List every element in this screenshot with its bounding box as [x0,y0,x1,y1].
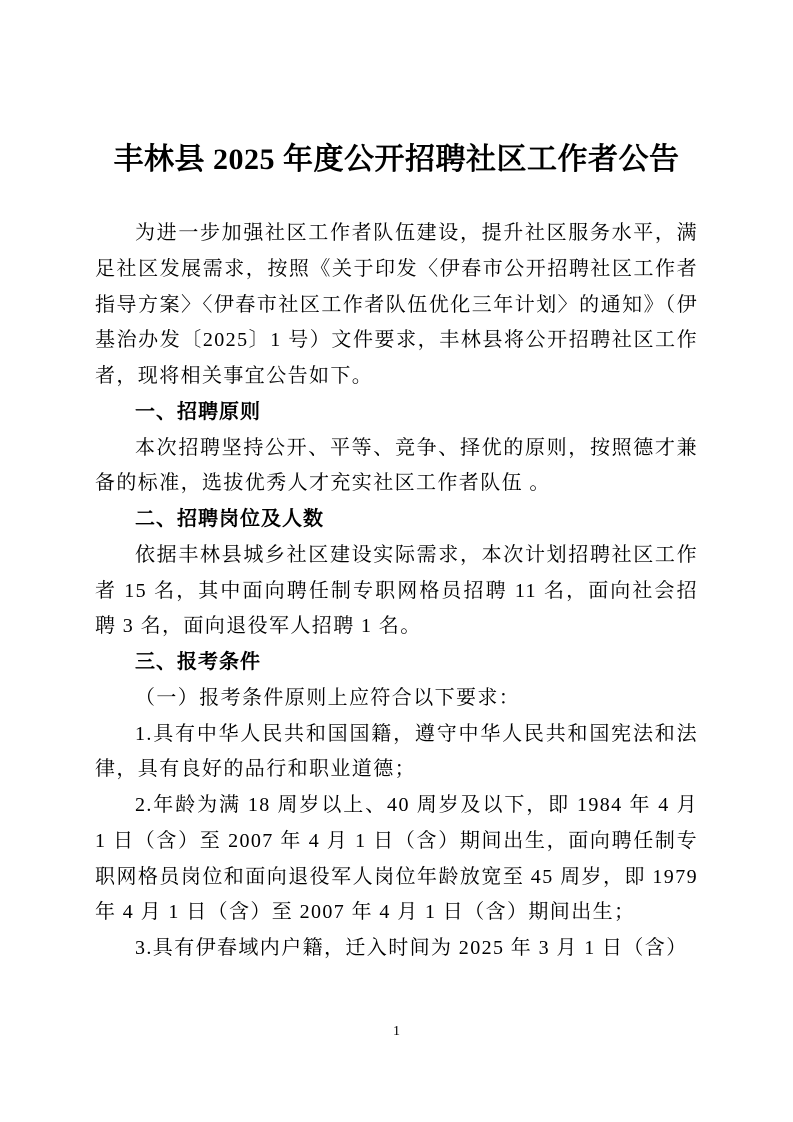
condition-item-2: 2.年龄为满 18 周岁以上、40 周岁及以下，即 1984 年 4 月 1 日… [95,788,698,931]
document-page: 丰林县 2025 年度公开招聘社区工作者公告 为进一步加强社区工作者队伍建设，提… [0,0,793,1122]
section-heading-positions-headcount: 二、招聘岗位及人数 [95,502,698,538]
section-heading-recruitment-principles: 一、招聘原则 [95,395,698,431]
section-heading-application-conditions: 三、报考条件 [95,645,698,681]
paragraph-conditions-lead: （一）报考条件原则上应符合以下要求： [95,681,698,717]
condition-item-3: 3.具有伊春域内户籍，迁入时间为 2025 年 3 月 1 日（含） [95,931,698,967]
paragraph-positions: 依据丰林县城乡社区建设实际需求，本次计划招聘社区工作者 15 名，其中面向聘任制… [95,538,698,645]
document-title: 丰林县 2025 年度公开招聘社区工作者公告 [95,140,698,180]
condition-item-1: 1.具有中华人民共和国国籍，遵守中华人民共和国宪法和法律，具有良好的品行和职业道… [95,717,698,789]
page-number: 1 [0,1024,793,1040]
paragraph-intro: 为进一步加强社区工作者队伍建设，提升社区服务水平，满足社区发展需求，按照《关于印… [95,216,698,395]
paragraph-principles: 本次招聘坚持公开、平等、竞争、择优的原则，按照德才兼备的标准，选拔优秀人才充实社… [95,431,698,503]
document-body: 为进一步加强社区工作者队伍建设，提升社区服务水平，满足社区发展需求，按照《关于印… [95,216,698,967]
